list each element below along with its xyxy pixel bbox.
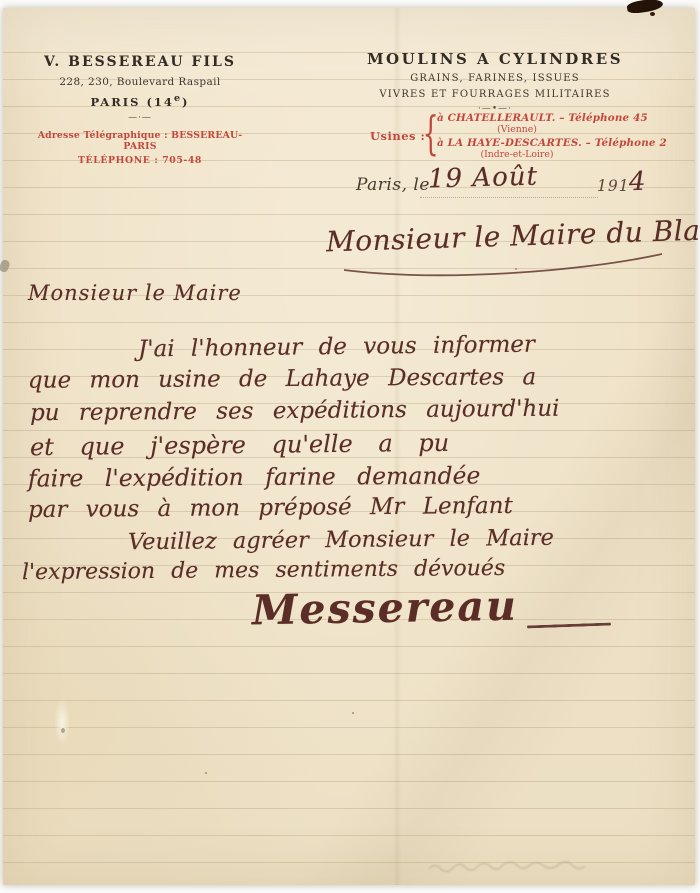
body-line-2: que mon usine de Lahaye Descartes a — [28, 364, 536, 394]
handwritten-year-digit: 4 — [628, 167, 646, 198]
factory-2-name: à LA HAYE-DESCARTES. – Téléphone 2 — [437, 137, 667, 149]
factories-label: Usines : — [370, 129, 425, 143]
telegraph-address: Adresse Télégraphique : BESSEREAU-PARIS — [30, 130, 250, 152]
paper-speck — [205, 772, 207, 774]
paper-flaw — [54, 698, 70, 746]
salutation: Monsieur le Maire — [28, 281, 242, 305]
closing-line-2: l'expression de mes sentiments dévoués — [22, 556, 505, 585]
handwritten-date: 19 Août — [428, 162, 539, 195]
product-subtitle-1: GRAINS, FARINES, ISSUES — [360, 73, 630, 84]
letterhead-left: V. BESSEREAU FILS 228, 230, Boulevard Ra… — [30, 54, 250, 166]
body-line-4: et que j'espère qu'elle a pu — [30, 429, 449, 461]
closing-line-1: Veuillez agréer Monsieur le Maire — [128, 525, 554, 555]
telephone-number: TÉLÉPHONE : 705-48 — [30, 155, 250, 166]
dateline-printed-city: Paris, le — [356, 175, 430, 195]
addressee-flourish — [330, 248, 670, 282]
ink-blot-dot — [650, 12, 655, 16]
body-line-1: J'ai l'honneur de vous informer — [138, 332, 535, 363]
paper-speck — [352, 712, 354, 714]
product-subtitle-2: VIVRES ET FOURRAGES MILITAIRES — [360, 89, 630, 100]
body-line-6: par vous à mon préposé Mr Lenfant — [28, 493, 513, 523]
product-title: MOULINS A CYLINDRES — [360, 50, 630, 68]
ornament-divider-left: —·— — [30, 113, 250, 123]
body-line-3: pu reprendre ses expéditions aujourd'hui — [30, 396, 560, 427]
pencil-annotation — [425, 855, 615, 879]
city-superscript: e — [174, 93, 182, 104]
company-name: V. BESSEREAU FILS — [30, 54, 250, 70]
factory-2-region: (Indre-et-Loire) — [437, 149, 597, 160]
body-line-5: faire l'expédition farine demandée — [28, 461, 481, 492]
company-address: 228, 230, Boulevard Raspail — [30, 76, 250, 88]
dateline-printed-year: 191 — [597, 177, 630, 195]
scanned-letter-page: V. BESSEREAU FILS 228, 230, Boulevard Ra… — [0, 0, 700, 893]
letterhead-right: MOULINS A CYLINDRES GRAINS, FARINES, ISS… — [360, 50, 630, 114]
signature: Messereau — [252, 582, 519, 635]
factory-1-name: à CHATELLERAULT. – Téléphone 45 — [437, 112, 648, 124]
company-city: PARIS (14e) — [30, 93, 250, 109]
factory-1-region: (Vienne) — [437, 124, 597, 135]
